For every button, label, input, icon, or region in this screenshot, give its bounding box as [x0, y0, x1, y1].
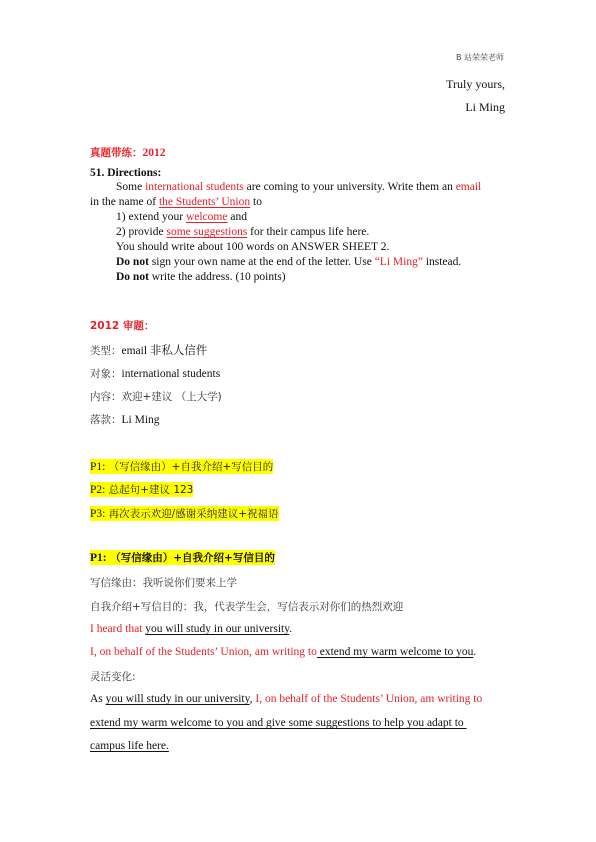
sentence-3-line-1: As you will study in our university, I, … [90, 693, 482, 705]
analysis-row-type: 类型：email 非私人信件 [90, 342, 207, 358]
p1-reason: 写信缘由：我听说你们要来上学 [90, 575, 237, 590]
key: P1: [90, 552, 107, 564]
text: Do not [116, 271, 149, 283]
p1-heading: P1: （写信缘由）+自我介绍+写信目的 [90, 550, 275, 565]
analysis-row-audience: 对象：international students [90, 366, 220, 381]
text: write the address. (10 points) [149, 271, 286, 283]
text: I, on behalf of the Students’ Union, am … [90, 646, 317, 658]
p1-intro: 自我介绍+写信目的：我，代表学生会，写信表示对你们的热烈欢迎 [90, 599, 403, 614]
highlight-students-union: the Students’ Union [159, 196, 250, 208]
text: . [473, 646, 476, 658]
text: Do not [116, 256, 149, 268]
section-title: 真题带练：2012 [90, 145, 166, 160]
label: 落款： [90, 414, 122, 426]
text: . [289, 623, 292, 635]
flex-label: 灵活变化: [90, 669, 136, 684]
outline-p1: P1: （写信缘由）+自我介绍+写信目的 [90, 459, 273, 474]
text: instead. [423, 256, 461, 268]
highlight-international-students: international students [145, 181, 244, 193]
label: 内容： [90, 391, 122, 403]
text: 再次表示欢迎/感谢采纳建议+祝福语 [105, 508, 278, 520]
label: 类型： [90, 345, 122, 357]
highlight-some-suggestions: some suggestions [166, 226, 247, 238]
directions-item-1: 1) extend your welcome and [116, 211, 247, 223]
analysis-title: 2012 审题： [90, 318, 154, 333]
directions-line-2: in the name of the Students’ Union to [90, 196, 262, 208]
text: sign your own name at the end of the let… [149, 256, 375, 268]
text: 1) extend your [116, 211, 186, 223]
text: I, on behalf of the Students’ Union, am … [255, 693, 482, 705]
directions-heading: 51. Directions: [90, 167, 161, 179]
sentence-1: I heard that you will study in our unive… [90, 623, 292, 635]
text: and [227, 211, 246, 223]
directions-item-2: 2) provide some suggestions for their ca… [116, 226, 369, 238]
sentence-2: I, on behalf of the Students’ Union, am … [90, 646, 476, 658]
text: to [250, 196, 262, 208]
outline-p3: P3: 再次表示欢迎/感谢采纳建议+祝福语 [90, 506, 279, 521]
highlight-welcome: welcome [186, 211, 228, 223]
document-page: B 站荣荣老师 Truly yours, Li Ming 真题带练：2012 5… [0, 0, 596, 842]
text: Some [116, 181, 145, 193]
key: P3: [90, 508, 105, 520]
value: international students [122, 368, 221, 380]
text: 总起句+建议 123 [105, 484, 193, 496]
text: （写信缘由）+自我介绍+写信目的 [107, 552, 275, 564]
directions-do-not-sign: Do not sign your own name at the end of … [116, 256, 461, 268]
value: 欢迎+建议 （上大学) [122, 391, 222, 403]
highlight-email: email [456, 181, 482, 193]
section-title-label: 真题带练： [90, 147, 143, 159]
letter-closing: Truly yours, [446, 77, 505, 92]
label: 对象： [90, 368, 122, 380]
sentence-3-line-3: campus life here. [90, 740, 169, 752]
text: 2) provide [116, 226, 166, 238]
text: are coming to your university. Write the… [244, 181, 456, 193]
text: extend my warm welcome to you [317, 646, 474, 658]
text: for their campus life here. [247, 226, 369, 238]
text: you will study in our university [106, 693, 250, 705]
text: I heard that [90, 623, 142, 635]
outline-p2: P2: 总起句+建议 123 [90, 482, 193, 497]
text: you will study in our university [145, 623, 289, 635]
text: （写信缘由）+自我介绍+写信目的 [105, 461, 273, 473]
text: in the name of [90, 196, 159, 208]
directions-line-1: Some international students are coming t… [116, 181, 481, 193]
watermark: B 站荣荣老师 [456, 52, 504, 63]
analysis-row-signoff: 落款：Li Ming [90, 412, 160, 427]
text: As [90, 693, 106, 705]
highlight-li-ming: “Li Ming” [375, 256, 423, 268]
sentence-3-line-2: extend my warm welcome to you and give s… [90, 717, 467, 729]
key: P2: [90, 484, 105, 496]
value: email 非私人信件 [122, 345, 208, 357]
key: P1: [90, 461, 105, 473]
directions-word-count: You should write about 100 words on ANSW… [116, 241, 389, 253]
letter-signature: Li Ming [465, 100, 505, 115]
section-title-year: 2012 [143, 147, 166, 159]
directions-do-not-address: Do not write the address. (10 points) [116, 271, 286, 283]
analysis-row-content: 内容：欢迎+建议 （上大学) [90, 389, 222, 404]
value: Li Ming [122, 414, 160, 426]
